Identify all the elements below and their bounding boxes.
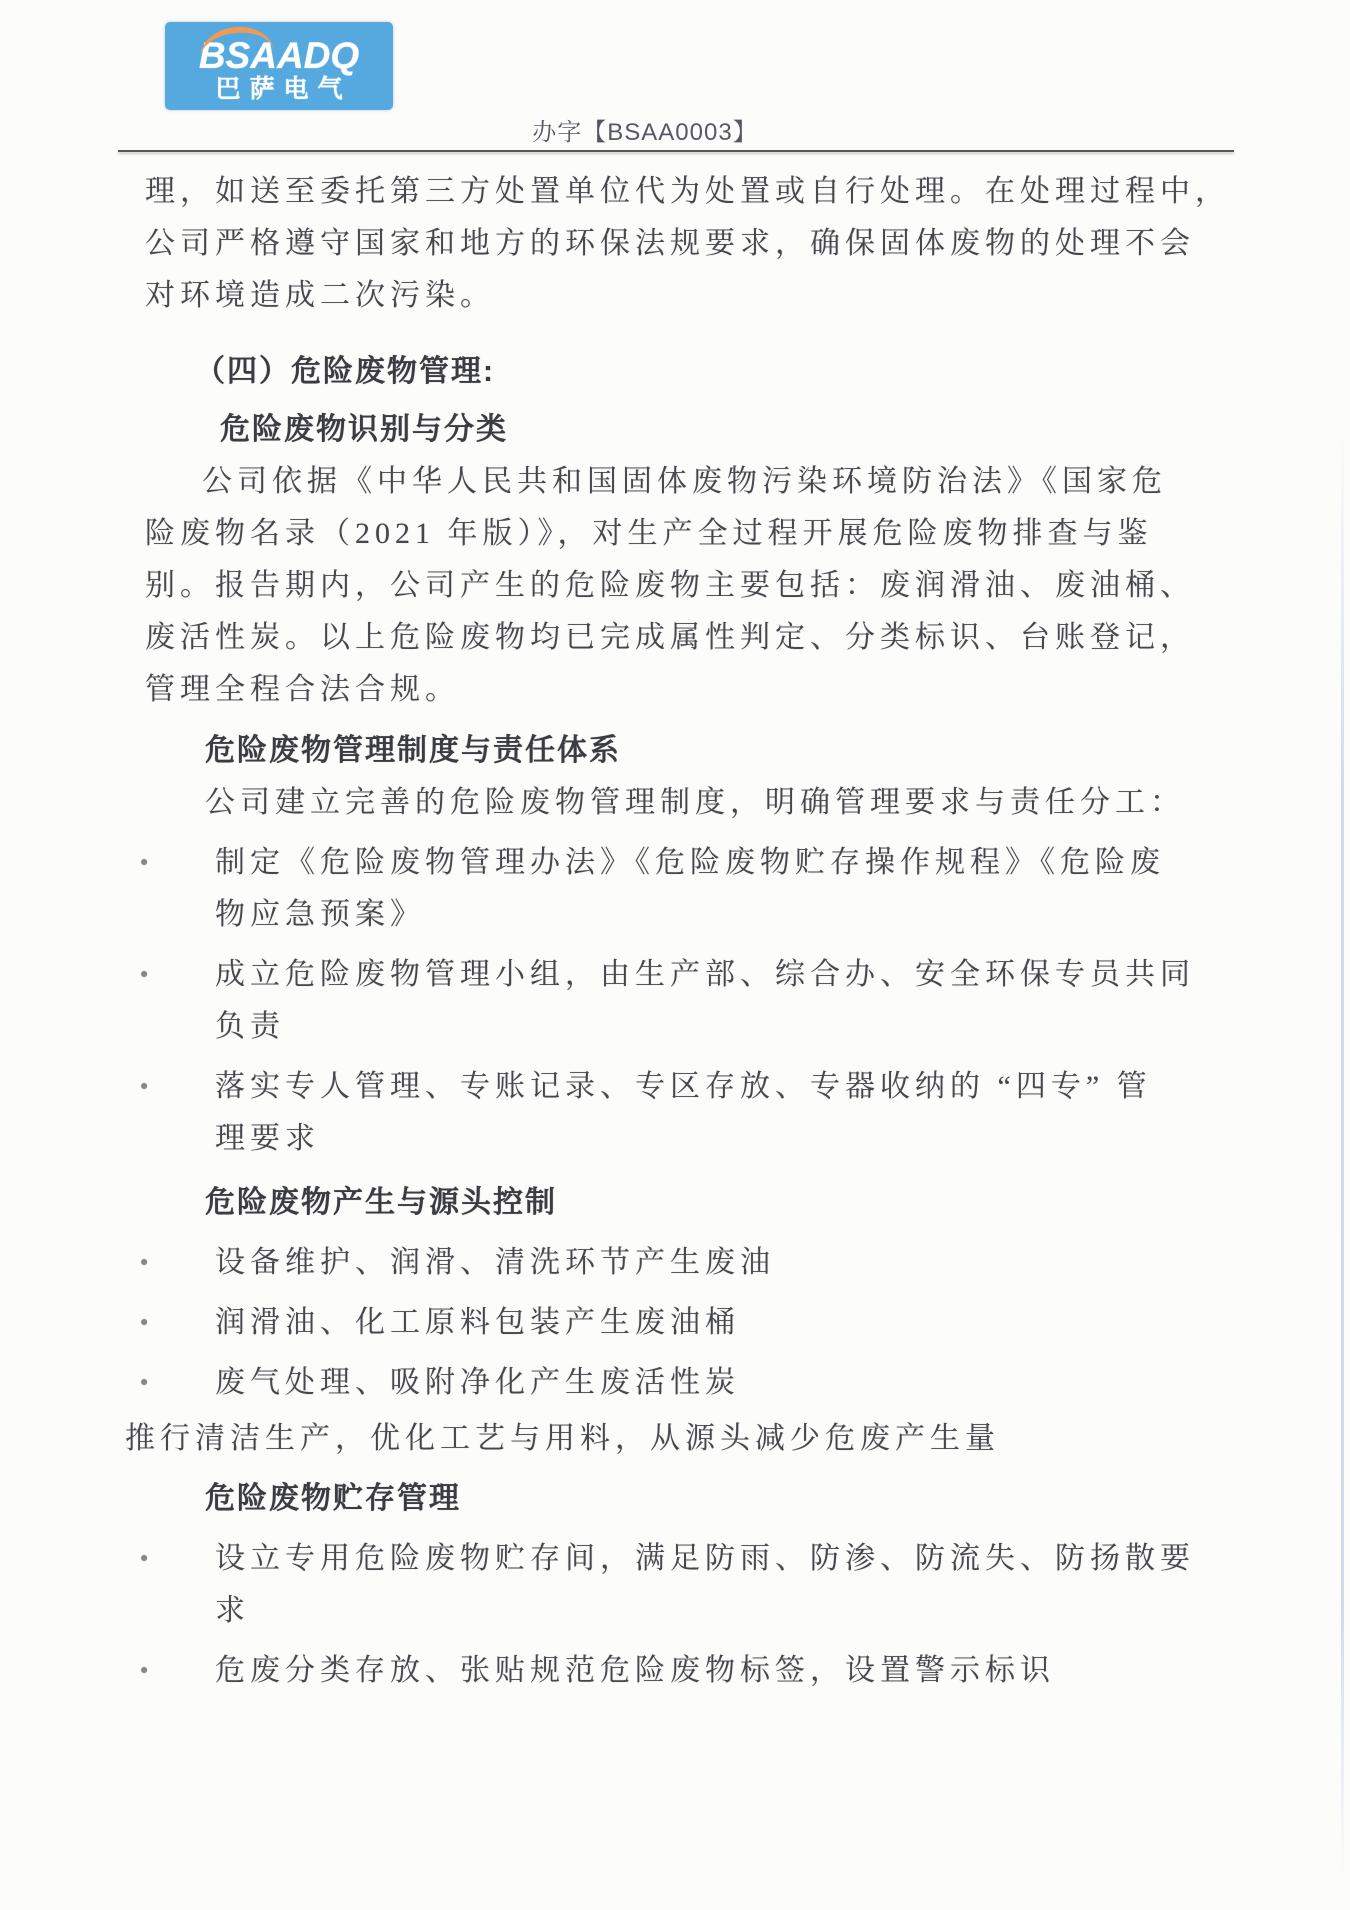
bullet-dot-icon: ● [140, 1297, 148, 1349]
paragraph-line-outdented: 推行清洁生产，优化工艺与用料，从源头减少危废产生量 [125, 1413, 1265, 1465]
bullet-item: ● 制定《危险废物管理办法》《危险废物贮存操作规程》《危险废 [145, 837, 1265, 889]
sub-heading: 危险废物管理制度与责任体系 [145, 725, 1265, 777]
paragraph-line: 险废物名录（2021 年版）》，对生产全过程开展危险废物排查与鉴 [145, 508, 1265, 560]
bullet-item: ● 成立危险废物管理小组，由生产部、综合办、安全环保专员共同 [145, 949, 1265, 1001]
bullet-dot-icon: ● [140, 1357, 148, 1409]
scan-edge-artifact [1341, 430, 1344, 1880]
bullet-item-text: 落实专人管理、专账记录、专区存放、专器收纳的 “四专” 管 [215, 1070, 1152, 1103]
bullet-dot-icon: ● [140, 1533, 148, 1585]
bullet-item-continuation: 物应急预案》 [145, 889, 1265, 941]
bullet-item: ● 设立专用危险废物贮存间，满足防雨、防渗、防流失、防扬散要 [145, 1533, 1265, 1585]
paragraph-line: 公司建立完善的危险废物管理制度，明确管理要求与责任分工： [145, 777, 1265, 829]
paragraph-line: 理，如送至委托第三方处置单位代为处置或自行处理。在处理过程中， [145, 166, 1265, 218]
paragraph-line: 公司依据《中华人民共和国固体废物污染环境防治法》《国家危 [145, 456, 1265, 508]
bullet-item-continuation: 求 [145, 1585, 1265, 1637]
bullet-item: ● 落实专人管理、专账记录、专区存放、专器收纳的 “四专” 管 [145, 1061, 1265, 1113]
bullet-item-continuation: 理要求 [145, 1113, 1265, 1165]
bullet-item-text: 制定《危险废物管理办法》《危险废物贮存操作规程》《危险废 [215, 846, 1165, 879]
bullet-item: ● 设备维护、润滑、清洗环节产生废油 [145, 1237, 1265, 1289]
bullet-dot-icon: ● [140, 837, 148, 889]
bullet-dot-icon: ● [140, 1645, 148, 1697]
bullet-item: ● 危废分类存放、张贴规范危险废物标签，设置警示标识 [145, 1645, 1265, 1697]
sub-heading: 危险废物识别与分类 [145, 404, 1265, 456]
paragraph-line: 对环境造成二次污染。 [145, 270, 1265, 322]
paragraph-line: 管理全程合法合规。 [145, 664, 1265, 716]
bullet-dot-icon: ● [140, 1237, 148, 1289]
document-number: 办字【BSAA0003】 [0, 112, 1290, 147]
bullet-item-text: 成立危险废物管理小组，由生产部、综合办、安全环保专员共同 [215, 958, 1195, 991]
bullet-dot-icon: ● [140, 1061, 148, 1113]
bullet-item-text: 危废分类存放、张贴规范危险废物标签，设置警示标识 [215, 1654, 1055, 1687]
bullet-item-continuation: 负责 [145, 1001, 1265, 1053]
bullet-item-text: 设立专用危险废物贮存间，满足防雨、防渗、防流失、防扬散要 [215, 1542, 1195, 1575]
bullet-item: ● 废气处理、吸附净化产生废活性炭 [145, 1357, 1265, 1409]
bullet-dot-icon: ● [140, 949, 148, 1001]
paragraph-line: 公司严格遵守国家和地方的环保法规要求，确保固体废物的处理不会 [145, 218, 1265, 270]
header-rule [118, 150, 1234, 152]
sub-heading: 危险废物贮存管理 [145, 1473, 1265, 1525]
paragraph-line: 废活性炭。以上危险废物均已完成属性判定、分类标识、台账登记， [145, 612, 1265, 664]
company-logo: BSAADQ 巴萨电气 [165, 22, 393, 110]
document-body: 理，如送至委托第三方处置单位代为处置或自行处理。在处理过程中， 公司严格遵守国家… [145, 166, 1265, 1697]
logo-text-cn: 巴萨电气 [215, 74, 351, 104]
bullet-item-text: 废气处理、吸附净化产生废活性炭 [215, 1366, 740, 1399]
document-page: BSAADQ 巴萨电气 办字【BSAA0003】 理，如送至委托第三方处置单位代… [0, 0, 1350, 1910]
bullet-item: ● 润滑油、化工原料包装产生废油桶 [145, 1297, 1265, 1349]
sub-heading: 危险废物产生与源头控制 [145, 1177, 1265, 1229]
bullet-item-text: 设备维护、润滑、清洗环节产生废油 [215, 1246, 775, 1279]
bullet-item-text: 润滑油、化工原料包装产生废油桶 [215, 1306, 740, 1339]
section-heading: （四）危险废物管理: [145, 346, 1265, 398]
paragraph-line: 别。报告期内，公司产生的危险废物主要包括：废润滑油、废油桶、 [145, 560, 1265, 612]
